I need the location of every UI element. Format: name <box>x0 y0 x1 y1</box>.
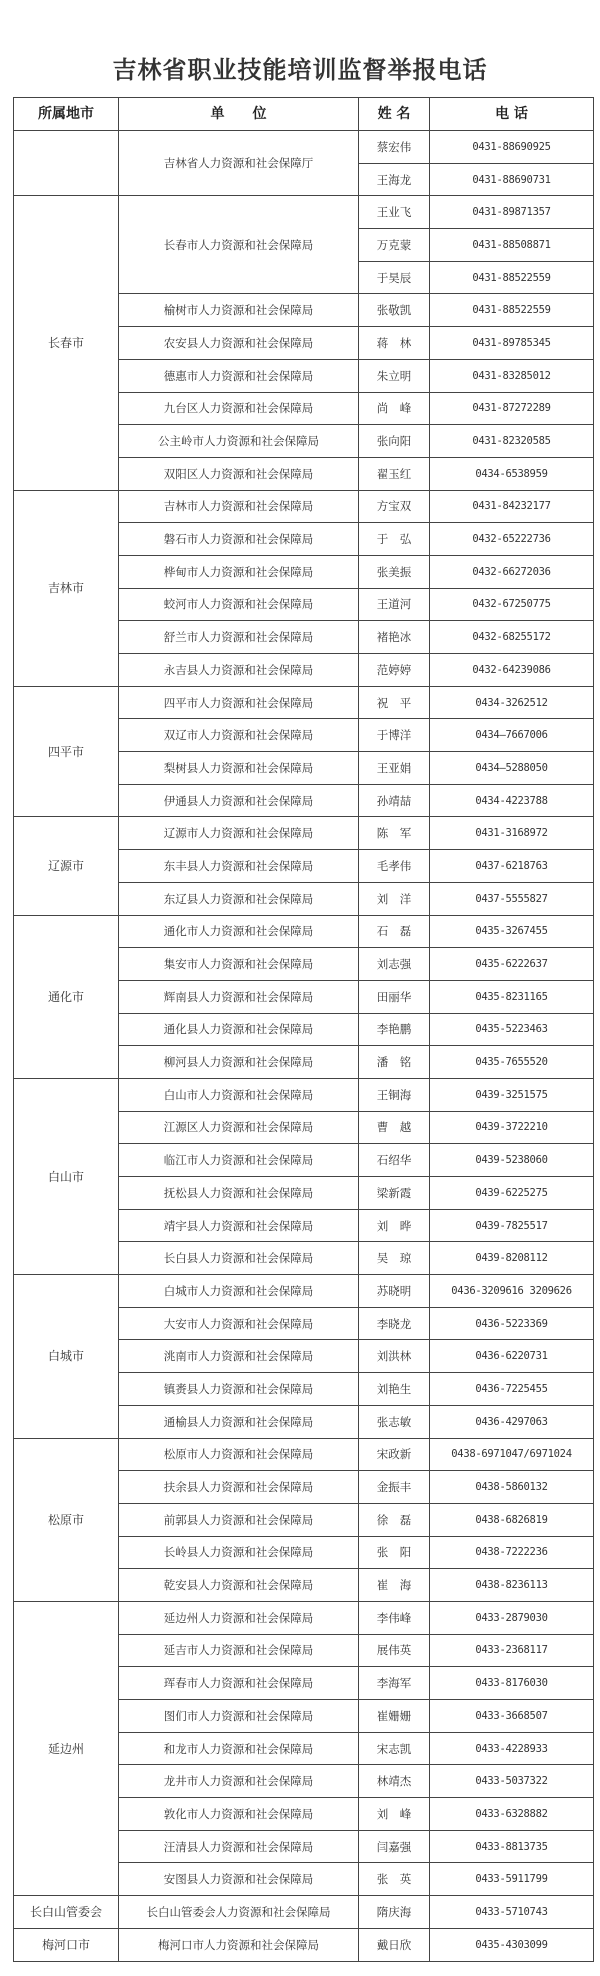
phone-cell: 0438-7222236 <box>430 1536 594 1569</box>
contact-name-cell: 王铜海 <box>359 1078 430 1111</box>
city-cell: 白山市 <box>14 1078 119 1274</box>
table-row: 梅河口市梅河口市人力资源和社会保障局戴日欣0435-4303099 <box>14 1928 594 1961</box>
unit-cell: 农安县人力资源和社会保障局 <box>119 327 359 360</box>
phone-cell: 0434-4223788 <box>430 784 594 817</box>
contact-name-cell: 崔姗姗 <box>359 1700 430 1733</box>
city-cell: 辽源市 <box>14 817 119 915</box>
contact-name-cell: 王亚娟 <box>359 752 430 785</box>
phone-cell: 0435-7655520 <box>430 1046 594 1079</box>
unit-cell: 龙井市人力资源和社会保障局 <box>119 1765 359 1798</box>
phone-cell: 0439-3722210 <box>430 1111 594 1144</box>
city-cell: 延边州 <box>14 1601 119 1895</box>
contact-name-cell: 刘洪林 <box>359 1340 430 1373</box>
phone-cell: 0435-5223463 <box>430 1013 594 1046</box>
phone-cell: 0433-6328882 <box>430 1798 594 1831</box>
table-row: 辽源市辽源市人力资源和社会保障局陈 军0431-3168972 <box>14 817 594 850</box>
phone-cell: 0432-64239086 <box>430 654 594 687</box>
unit-cell: 白山市人力资源和社会保障局 <box>119 1078 359 1111</box>
contact-name-cell: 毛孝伟 <box>359 850 430 883</box>
contact-name-cell: 于 弘 <box>359 523 430 556</box>
phone-cell: 0437-6218763 <box>430 850 594 883</box>
phone-cell: 0438-5860132 <box>430 1471 594 1504</box>
unit-cell: 前郭县人力资源和社会保障局 <box>119 1503 359 1536</box>
hotline-table: 所属地市 单 位 姓 名 电 话 吉林省人力资源和社会保障厅蔡宏伟0431-88… <box>13 97 594 1962</box>
unit-cell: 四平市人力资源和社会保障局 <box>119 686 359 719</box>
city-cell: 通化市 <box>14 915 119 1078</box>
phone-cell: 0438-8236113 <box>430 1569 594 1602</box>
contact-name-cell: 宋志凯 <box>359 1732 430 1765</box>
contact-name-cell: 崔 海 <box>359 1569 430 1602</box>
phone-cell: 0434—5288050 <box>430 752 594 785</box>
city-cell: 白城市 <box>14 1275 119 1438</box>
phone-cell: 0431-89785345 <box>430 327 594 360</box>
unit-cell: 抚松县人力资源和社会保障局 <box>119 1177 359 1210</box>
unit-cell: 东辽县人力资源和社会保障局 <box>119 882 359 915</box>
contact-name-cell: 王道河 <box>359 588 430 621</box>
phone-cell: 0437-5555827 <box>430 882 594 915</box>
page-title: 吉林省职业技能培训监督举报电话 <box>0 50 600 85</box>
contact-name-cell: 林靖杰 <box>359 1765 430 1798</box>
phone-cell: 0439-3251575 <box>430 1078 594 1111</box>
contact-name-cell: 陈 军 <box>359 817 430 850</box>
unit-cell: 辉南县人力资源和社会保障局 <box>119 980 359 1013</box>
contact-name-cell: 朱立明 <box>359 359 430 392</box>
contact-name-cell: 吴 琼 <box>359 1242 430 1275</box>
unit-cell: 镇赉县人力资源和社会保障局 <box>119 1373 359 1406</box>
phone-cell: 0434—7667006 <box>430 719 594 752</box>
unit-cell: 图们市人力资源和社会保障局 <box>119 1700 359 1733</box>
unit-cell: 双辽市人力资源和社会保障局 <box>119 719 359 752</box>
contact-name-cell: 王海龙 <box>359 163 430 196</box>
unit-cell: 吉林省人力资源和社会保障厅 <box>119 131 359 196</box>
contact-name-cell: 张 阳 <box>359 1536 430 1569</box>
unit-cell: 延吉市人力资源和社会保障局 <box>119 1634 359 1667</box>
phone-cell: 0431-83285012 <box>430 359 594 392</box>
phone-cell: 0439-5238060 <box>430 1144 594 1177</box>
phone-cell: 0432-65222736 <box>430 523 594 556</box>
table-row: 吉林省人力资源和社会保障厅蔡宏伟0431-88690925 <box>14 131 594 164</box>
unit-cell: 靖宇县人力资源和社会保障局 <box>119 1209 359 1242</box>
contact-name-cell: 张向阳 <box>359 425 430 458</box>
phone-cell: 0433-4228933 <box>430 1732 594 1765</box>
unit-cell: 通化市人力资源和社会保障局 <box>119 915 359 948</box>
contact-name-cell: 王业飞 <box>359 196 430 229</box>
unit-cell: 洮南市人力资源和社会保障局 <box>119 1340 359 1373</box>
phone-cell: 0436-7225455 <box>430 1373 594 1406</box>
contact-name-cell: 刘 峰 <box>359 1798 430 1831</box>
unit-cell: 梅河口市人力资源和社会保障局 <box>119 1928 359 1961</box>
unit-cell: 江源区人力资源和社会保障局 <box>119 1111 359 1144</box>
unit-cell: 舒兰市人力资源和社会保障局 <box>119 621 359 654</box>
table-row: 白山市白山市人力资源和社会保障局王铜海0439-3251575 <box>14 1078 594 1111</box>
phone-cell: 0433-8813735 <box>430 1830 594 1863</box>
contact-name-cell: 于博洋 <box>359 719 430 752</box>
phone-cell: 0436-4297063 <box>430 1405 594 1438</box>
header-name: 姓 名 <box>359 98 430 131</box>
contact-name-cell: 张美振 <box>359 555 430 588</box>
phone-cell: 0433-2879030 <box>430 1601 594 1634</box>
unit-cell: 白城市人力资源和社会保障局 <box>119 1275 359 1308</box>
table-row: 通化市通化市人力资源和社会保障局石 磊0435-3267455 <box>14 915 594 948</box>
table-row: 延边州延边州人力资源和社会保障局李伟峰0433-2879030 <box>14 1601 594 1634</box>
phone-cell: 0439-6225275 <box>430 1177 594 1210</box>
header-phone: 电 话 <box>430 98 594 131</box>
phone-cell: 0434-3262512 <box>430 686 594 719</box>
city-cell: 梅河口市 <box>14 1928 119 1961</box>
phone-cell: 0435-4303099 <box>430 1928 594 1961</box>
unit-cell: 东丰县人力资源和社会保障局 <box>119 850 359 883</box>
header-unit: 单 位 <box>119 98 359 131</box>
phone-cell: 0435-6222637 <box>430 948 594 981</box>
unit-cell: 德惠市人力资源和社会保障局 <box>119 359 359 392</box>
contact-name-cell: 梁新霞 <box>359 1177 430 1210</box>
phone-cell: 0431-88522559 <box>430 261 594 294</box>
table-header-row: 所属地市 单 位 姓 名 电 话 <box>14 98 594 131</box>
phone-cell: 0436-3209616 3209626 <box>430 1275 594 1308</box>
table-row: 吉林市吉林市人力资源和社会保障局方宝双0431-84232177 <box>14 490 594 523</box>
contact-name-cell: 潘 铭 <box>359 1046 430 1079</box>
phone-cell: 0433-5710743 <box>430 1896 594 1929</box>
contact-name-cell: 褚艳冰 <box>359 621 430 654</box>
contact-name-cell: 李晓龙 <box>359 1307 430 1340</box>
contact-name-cell: 宋政新 <box>359 1438 430 1471</box>
phone-cell: 0432-67250775 <box>430 588 594 621</box>
contact-name-cell: 刘 晔 <box>359 1209 430 1242</box>
unit-cell: 辽源市人力资源和社会保障局 <box>119 817 359 850</box>
contact-name-cell: 戴日欣 <box>359 1928 430 1961</box>
phone-cell: 0431-88508871 <box>430 229 594 262</box>
phone-cell: 0439-8208112 <box>430 1242 594 1275</box>
unit-cell: 桦甸市人力资源和社会保障局 <box>119 555 359 588</box>
unit-cell: 榆树市人力资源和社会保障局 <box>119 294 359 327</box>
unit-cell: 乾安县人力资源和社会保障局 <box>119 1569 359 1602</box>
unit-cell: 安图县人力资源和社会保障局 <box>119 1863 359 1896</box>
city-cell <box>14 131 119 196</box>
contact-name-cell: 张 英 <box>359 1863 430 1896</box>
contact-name-cell: 苏晓明 <box>359 1275 430 1308</box>
phone-cell: 0433-2368117 <box>430 1634 594 1667</box>
unit-cell: 通化县人力资源和社会保障局 <box>119 1013 359 1046</box>
table-row: 四平市四平市人力资源和社会保障局祝 平0434-3262512 <box>14 686 594 719</box>
contact-name-cell: 万克蒙 <box>359 229 430 262</box>
contact-name-cell: 张敬凯 <box>359 294 430 327</box>
city-cell: 松原市 <box>14 1438 119 1601</box>
city-cell: 吉林市 <box>14 490 119 686</box>
contact-name-cell: 方宝双 <box>359 490 430 523</box>
unit-cell: 珲春市人力资源和社会保障局 <box>119 1667 359 1700</box>
contact-name-cell: 蔡宏伟 <box>359 131 430 164</box>
contact-name-cell: 祝 平 <box>359 686 430 719</box>
table-row: 长白山管委会长白山管委会人力资源和社会保障局隋庆海0433-5710743 <box>14 1896 594 1929</box>
unit-cell: 磐石市人力资源和社会保障局 <box>119 523 359 556</box>
contact-name-cell: 范婷婷 <box>359 654 430 687</box>
unit-cell: 柳河县人力资源和社会保障局 <box>119 1046 359 1079</box>
unit-cell: 大安市人力资源和社会保障局 <box>119 1307 359 1340</box>
city-cell: 四平市 <box>14 686 119 817</box>
contact-name-cell: 李艳鹏 <box>359 1013 430 1046</box>
unit-cell: 长白山管委会人力资源和社会保障局 <box>119 1896 359 1929</box>
contact-name-cell: 徐 磊 <box>359 1503 430 1536</box>
phone-cell: 0436-5223369 <box>430 1307 594 1340</box>
phone-cell: 0436-6220731 <box>430 1340 594 1373</box>
unit-cell: 永吉县人力资源和社会保障局 <box>119 654 359 687</box>
phone-cell: 0432-68255172 <box>430 621 594 654</box>
unit-cell: 扶余县人力资源和社会保障局 <box>119 1471 359 1504</box>
phone-cell: 0431-88690925 <box>430 131 594 164</box>
phone-cell: 0433-5911799 <box>430 1863 594 1896</box>
unit-cell: 伊通县人力资源和社会保障局 <box>119 784 359 817</box>
phone-cell: 0431-84232177 <box>430 490 594 523</box>
unit-cell: 双阳区人力资源和社会保障局 <box>119 457 359 490</box>
phone-cell: 0434-6538959 <box>430 457 594 490</box>
contact-name-cell: 石绍华 <box>359 1144 430 1177</box>
unit-cell: 松原市人力资源和社会保障局 <box>119 1438 359 1471</box>
unit-cell: 临江市人力资源和社会保障局 <box>119 1144 359 1177</box>
phone-cell: 0431-89871357 <box>430 196 594 229</box>
contact-name-cell: 刘志强 <box>359 948 430 981</box>
contact-name-cell: 石 磊 <box>359 915 430 948</box>
contact-name-cell: 隋庆海 <box>359 1896 430 1929</box>
contact-name-cell: 闫嘉强 <box>359 1830 430 1863</box>
phone-cell: 0439-7825517 <box>430 1209 594 1242</box>
unit-cell: 汪清县人力资源和社会保障局 <box>119 1830 359 1863</box>
unit-cell: 吉林市人力资源和社会保障局 <box>119 490 359 523</box>
contact-name-cell: 李海军 <box>359 1667 430 1700</box>
contact-name-cell: 刘 洋 <box>359 882 430 915</box>
phone-cell: 0432-66272036 <box>430 555 594 588</box>
phone-cell: 0438-6826819 <box>430 1503 594 1536</box>
unit-cell: 集安市人力资源和社会保障局 <box>119 948 359 981</box>
contact-name-cell: 蒋 林 <box>359 327 430 360</box>
contact-name-cell: 尚 峰 <box>359 392 430 425</box>
phone-cell: 0433-8176030 <box>430 1667 594 1700</box>
table-row: 松原市松原市人力资源和社会保障局宋政新0438-6971047/6971024 <box>14 1438 594 1471</box>
unit-cell: 通榆县人力资源和社会保障局 <box>119 1405 359 1438</box>
phone-cell: 0435-8231165 <box>430 980 594 1013</box>
contact-name-cell: 于昊辰 <box>359 261 430 294</box>
phone-cell: 0431-3168972 <box>430 817 594 850</box>
table-row: 长春市长春市人力资源和社会保障局王业飞0431-89871357 <box>14 196 594 229</box>
unit-cell: 蛟河市人力资源和社会保障局 <box>119 588 359 621</box>
contact-name-cell: 孙靖喆 <box>359 784 430 817</box>
phone-cell: 0438-6971047/6971024 <box>430 1438 594 1471</box>
header-city: 所属地市 <box>14 98 119 131</box>
contact-name-cell: 展伟英 <box>359 1634 430 1667</box>
contact-name-cell: 李伟峰 <box>359 1601 430 1634</box>
contact-name-cell: 金振丰 <box>359 1471 430 1504</box>
table-row: 白城市白城市人力资源和社会保障局苏晓明0436-3209616 3209626 <box>14 1275 594 1308</box>
phone-cell: 0431-88690731 <box>430 163 594 196</box>
city-cell: 长春市 <box>14 196 119 490</box>
unit-cell: 和龙市人力资源和社会保障局 <box>119 1732 359 1765</box>
unit-cell: 长岭县人力资源和社会保障局 <box>119 1536 359 1569</box>
phone-cell: 0433-3668507 <box>430 1700 594 1733</box>
unit-cell: 长白县人力资源和社会保障局 <box>119 1242 359 1275</box>
phone-cell: 0431-87272289 <box>430 392 594 425</box>
contact-name-cell: 曹 越 <box>359 1111 430 1144</box>
phone-cell: 0435-3267455 <box>430 915 594 948</box>
unit-cell: 梨树县人力资源和社会保障局 <box>119 752 359 785</box>
city-cell: 长白山管委会 <box>14 1896 119 1929</box>
unit-cell: 九台区人力资源和社会保障局 <box>119 392 359 425</box>
unit-cell: 公主岭市人力资源和社会保障局 <box>119 425 359 458</box>
phone-cell: 0431-82320585 <box>430 425 594 458</box>
contact-name-cell: 张志敏 <box>359 1405 430 1438</box>
contact-name-cell: 刘艳生 <box>359 1373 430 1406</box>
phone-cell: 0431-88522559 <box>430 294 594 327</box>
unit-cell: 敦化市人力资源和社会保障局 <box>119 1798 359 1831</box>
contact-name-cell: 翟玉红 <box>359 457 430 490</box>
unit-cell: 长春市人力资源和社会保障局 <box>119 196 359 294</box>
table-body: 吉林省人力资源和社会保障厅蔡宏伟0431-88690925王海龙0431-886… <box>14 131 594 1962</box>
contact-name-cell: 田丽华 <box>359 980 430 1013</box>
unit-cell: 延边州人力资源和社会保障局 <box>119 1601 359 1634</box>
phone-cell: 0433-5037322 <box>430 1765 594 1798</box>
